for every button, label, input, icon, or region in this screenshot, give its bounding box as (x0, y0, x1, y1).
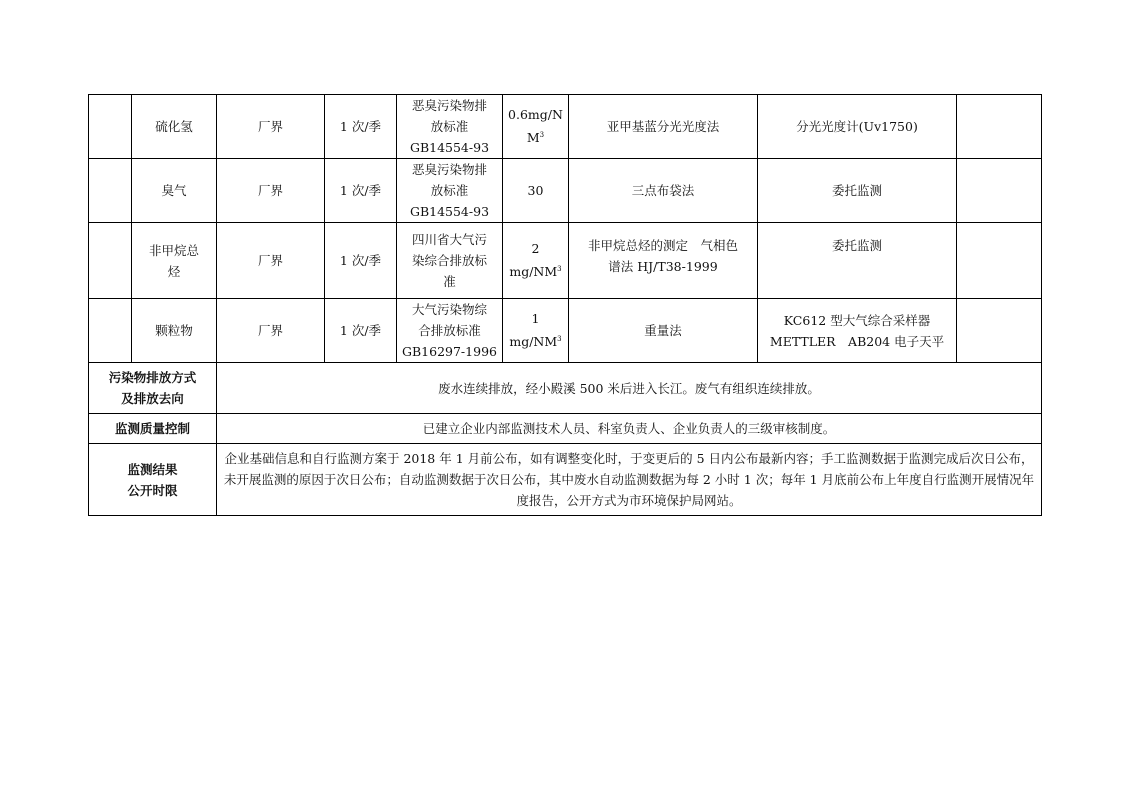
frequency-cell: 1 次/季 (325, 223, 397, 299)
table-row: 非甲烷总 烃 厂界 1 次/季 四川省大气污 染综合排放标 准 2 mg/NM3… (89, 223, 1042, 299)
pollutant-cell: 臭气 (132, 159, 217, 223)
standard-line: GB14554-93 (400, 201, 499, 222)
label-line: 污染物排放方式 (92, 367, 213, 388)
method-cell: 重量法 (569, 299, 758, 363)
label-line: 及排放去向 (92, 388, 213, 409)
quality-label: 监测质量控制 (89, 414, 217, 444)
limit-exponent: 3 (557, 335, 561, 343)
location-cell: 厂界 (217, 223, 325, 299)
limit-cell: 2 mg/NM3 (503, 223, 569, 299)
instrument-line: 委托监测 (761, 235, 953, 256)
standard-line: 准 (400, 271, 499, 292)
instrument-line: 委托监测 (761, 180, 953, 201)
instrument-line: METTLER AB204 电子天平 (761, 331, 953, 352)
discharge-label: 污染物排放方式 及排放去向 (89, 363, 217, 414)
method-line: 非甲烷总烃的测定 气相色 (572, 235, 754, 256)
quality-text: 已建立企业内部监测技术人员、科室负责人、企业负责人的三级审核制度。 (217, 414, 1042, 444)
frequency-cell: 1 次/季 (325, 159, 397, 223)
method-line: 谱法 HJ/T38-1999 (572, 256, 754, 277)
instrument-line: 分光光度计(Uv1750) (761, 116, 953, 137)
location-cell: 厂界 (217, 299, 325, 363)
pollutant-line: 烃 (135, 261, 213, 282)
limit-value: 1 mg/NM (509, 311, 557, 349)
disclosure-label: 监测结果 公开时限 (89, 444, 217, 516)
disclosure-text: 企业基础信息和自行监测方案于 2018 年 1 月前公布，如有调整变化时，于变更… (217, 444, 1042, 516)
category-cell (89, 223, 132, 299)
standard-line: 大气污染物综 (400, 299, 499, 320)
category-cell (89, 159, 132, 223)
table-row: 颗粒物 厂界 1 次/季 大气污染物综 合排放标准 GB16297-1996 1… (89, 299, 1042, 363)
standard-cell: 大气污染物综 合排放标准 GB16297-1996 (397, 299, 503, 363)
remark-cell (957, 95, 1042, 159)
standard-line: 恶臭污染物排 (400, 95, 499, 116)
discharge-text: 废水连续排放，经小殿溪 500 米后进入长江。废气有组织连续排放。 (217, 363, 1042, 414)
location-cell: 厂界 (217, 159, 325, 223)
limit-exponent: 3 (557, 265, 561, 273)
standard-line: 四川省大气污 (400, 229, 499, 250)
limit-cell: 30 (503, 159, 569, 223)
table-row: 硫化氢 厂界 1 次/季 恶臭污染物排 放标准 GB14554-93 0.6mg… (89, 95, 1042, 159)
standard-line: GB14554-93 (400, 137, 499, 158)
label-line: 公开时限 (92, 480, 213, 501)
instrument-cell: KC612 型大气综合采样器 METTLER AB204 电子天平 (758, 299, 957, 363)
limit-unit: M (527, 131, 540, 146)
table-row: 臭气 厂界 1 次/季 恶臭污染物排 放标准 GB14554-93 30 三点布… (89, 159, 1042, 223)
limit-cell: 0.6mg/N M3 (503, 95, 569, 159)
category-cell (89, 95, 132, 159)
standard-cell: 四川省大气污 染综合排放标 准 (397, 223, 503, 299)
remark-cell (957, 159, 1042, 223)
discharge-row: 污染物排放方式 及排放去向 废水连续排放，经小殿溪 500 米后进入长江。废气有… (89, 363, 1042, 414)
limit-cell: 1 mg/NM3 (503, 299, 569, 363)
frequency-cell: 1 次/季 (325, 95, 397, 159)
pollutant-cell: 非甲烷总 烃 (132, 223, 217, 299)
method-cell: 非甲烷总烃的测定 气相色 谱法 HJ/T38-1999 (569, 223, 758, 299)
label-line: 监测结果 (92, 459, 213, 480)
monitoring-table: 硫化氢 厂界 1 次/季 恶臭污染物排 放标准 GB14554-93 0.6mg… (88, 94, 1042, 516)
location-cell: 厂界 (217, 95, 325, 159)
method-cell: 三点布袋法 (569, 159, 758, 223)
standard-cell: 恶臭污染物排 放标准 GB14554-93 (397, 95, 503, 159)
pollutant-cell: 颗粒物 (132, 299, 217, 363)
instrument-line: KC612 型大气综合采样器 (761, 310, 953, 331)
disclosure-row: 监测结果 公开时限 企业基础信息和自行监测方案于 2018 年 1 月前公布，如… (89, 444, 1042, 516)
instrument-cell: 委托监测 (758, 159, 957, 223)
remark-cell (957, 299, 1042, 363)
standard-line: 放标准 (400, 116, 499, 137)
pollutant-line: 非甲烷总 (135, 240, 213, 261)
pollutant-cell: 硫化氢 (132, 95, 217, 159)
limit-value: 0.6mg/N (506, 104, 565, 125)
remark-cell (957, 223, 1042, 299)
category-cell (89, 299, 132, 363)
standard-line: 放标准 (400, 180, 499, 201)
standard-cell: 恶臭污染物排 放标准 GB14554-93 (397, 159, 503, 223)
standard-line: GB16297-1996 (400, 341, 499, 362)
instrument-cell: 委托监测 (758, 223, 957, 299)
frequency-cell: 1 次/季 (325, 299, 397, 363)
standard-line: 合排放标准 (400, 320, 499, 341)
standard-line: 恶臭污染物排 (400, 159, 499, 180)
instrument-cell: 分光光度计(Uv1750) (758, 95, 957, 159)
standard-line: 染综合排放标 (400, 250, 499, 271)
method-cell: 亚甲基蓝分光光度法 (569, 95, 758, 159)
limit-exponent: 3 (540, 131, 544, 139)
limit-value: 2 mg/NM (509, 241, 557, 279)
limit-unit-tail: M3 (506, 125, 565, 148)
quality-row: 监测质量控制 已建立企业内部监测技术人员、科室负责人、企业负责人的三级审核制度。 (89, 414, 1042, 444)
